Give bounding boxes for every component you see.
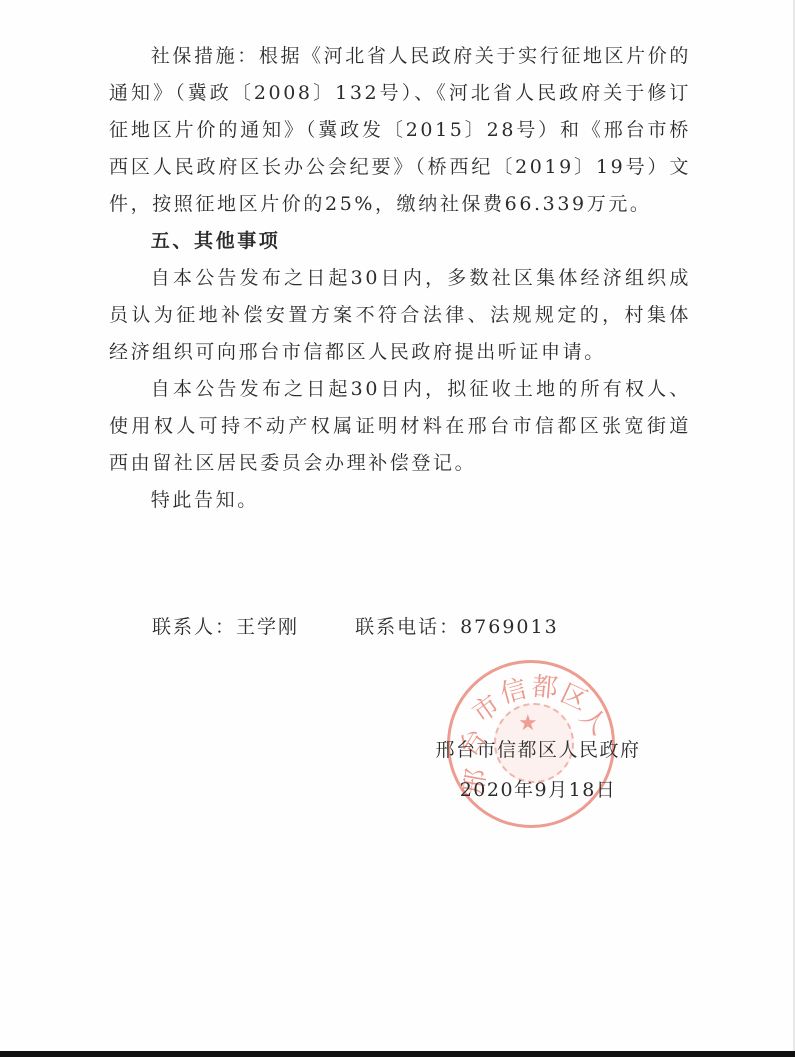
- issuing-organization: 邢台市信都区人民政府: [426, 730, 650, 770]
- contact-phone: 联系电话：8769013: [355, 612, 559, 639]
- paragraph-closing: 特此告知。: [109, 482, 691, 519]
- contact-line: 联系人：王学刚 联系电话：8769013: [152, 612, 559, 639]
- issue-date: 2020年9月18日: [426, 770, 650, 810]
- seal-char: 都: [530, 666, 559, 705]
- paragraph-registration: 自本公告发布之日起30日内，拟征收土地的所有权人、使用权人可持不动产权属证明材料…: [109, 371, 691, 482]
- paragraph-hearing: 自本公告发布之日起30日内，多数社区集体经济组织成员认为征地补偿安置方案不符合法…: [109, 260, 691, 371]
- contact-person: 联系人：王学刚: [152, 612, 299, 639]
- document-body: 社保措施：根据《河北省人民政府关于实行征地区片价的通知》（冀政〔2008〕132…: [109, 38, 691, 519]
- scan-border: [0, 1051, 795, 1057]
- seal-char: 信: [496, 668, 531, 710]
- section-heading-other-matters: 五、其他事项: [109, 223, 691, 260]
- signature-block: 邢台市信都区人民政府 2020年9月18日: [426, 730, 650, 810]
- paragraph-social-security: 社保措施：根据《河北省人民政府关于实行征地区片价的通知》（冀政〔2008〕132…: [109, 38, 691, 223]
- document-page: 社保措施：根据《河北省人民政府关于实行征地区片价的通知》（冀政〔2008〕132…: [0, 0, 795, 1051]
